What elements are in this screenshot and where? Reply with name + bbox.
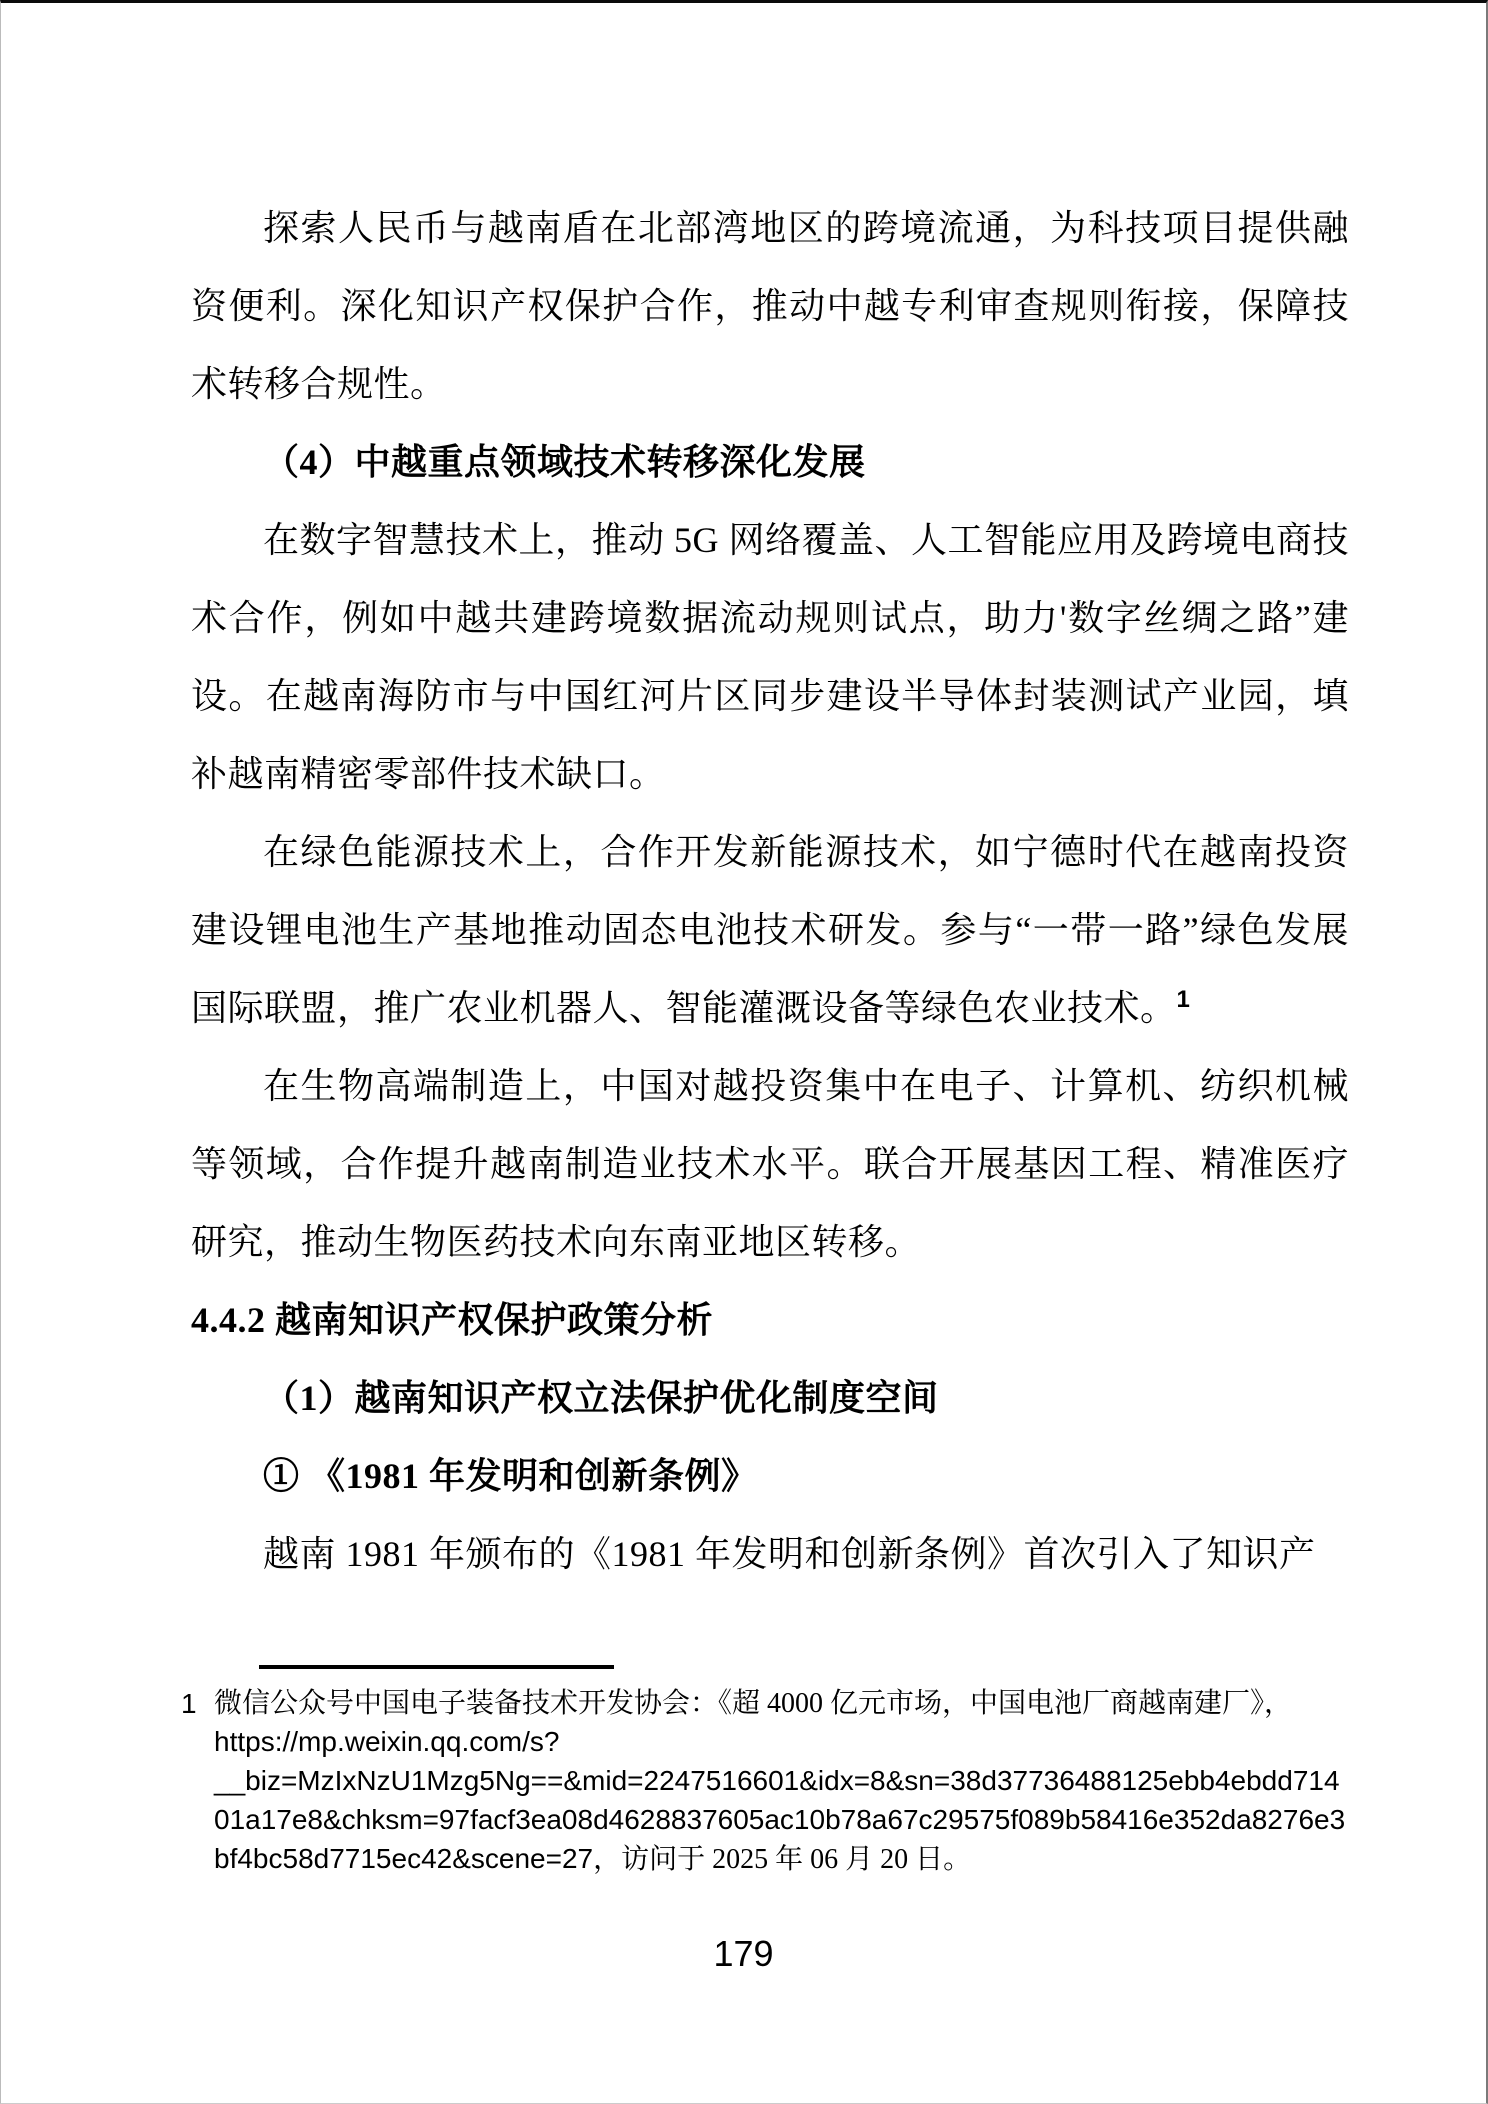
paragraph-bio-manufacturing: 在生物高端制造上，中国对越投资集中在电子、计算机、纺织机械等领域，合作提升越南制… [191,1047,1349,1281]
paragraph-green-energy-text: 在绿色能源技术上，合作开发新能源技术，如宁德时代在越南投资建设锂电池生产基地推动… [191,832,1349,1028]
heading-section-4-tech-transfer: （4）中越重点领域技术转移深化发展 [191,423,1349,501]
paragraph-1981-regulation-intro: 越南 1981 年颁布的《1981 年发明和创新条例》首次引入了知识产 [191,1515,1349,1593]
footnote-1-marker: 1 [181,1685,197,1723]
page-number: 179 [1,1933,1486,1975]
footnote-1-citation-text: 微信公众号中国电子装备技术开发协会：《超 4000 亿元市场，中国电池厂商越南建… [214,1688,1292,1719]
footnote-separator-line [259,1665,614,1669]
paragraph-cross-border-finance: 探索人民币与越南盾在北部湾地区的跨境流通，为科技项目提供融资便利。深化知识产权保… [191,189,1349,423]
heading-section-442-ip-policy: 4.4.2 越南知识产权保护政策分析 [191,1281,1349,1359]
footnote-block: 1微信公众号中国电子装备技术开发协会：《超 4000 亿元市场，中国电池厂商越南… [181,1665,1347,1879]
footnote-1: 1微信公众号中国电子装备技术开发协会：《超 4000 亿元市场，中国电池厂商越南… [181,1685,1347,1879]
paragraph-green-energy: 在绿色能源技术上，合作开发新能源技术，如宁德时代在越南投资建设锂电池生产基地推动… [191,813,1349,1047]
document-page: 探索人民币与越南盾在北部湾地区的跨境流通，为科技项目提供融资便利。深化知识产权保… [0,0,1488,2104]
page-body: 探索人民币与越南盾在北部湾地区的跨境流通，为科技项目提供融资便利。深化知识产权保… [191,189,1349,1593]
heading-item-circle1-1981-regulation: ① 《1981 年发明和创新条例》 [191,1437,1349,1515]
footnote-reference-1: 1 [1177,986,1191,1013]
heading-subsection-1-ip-legislation: （1）越南知识产权立法保护优化制度空间 [191,1359,1349,1437]
paragraph-digital-tech: 在数字智慧技术上，推动 5G 网络覆盖、人工智能应用及跨境电商技术合作，例如中越… [191,501,1349,813]
footnote-1-access-date: ，访问于 2025 年 06 月 20 日。 [593,1844,971,1875]
